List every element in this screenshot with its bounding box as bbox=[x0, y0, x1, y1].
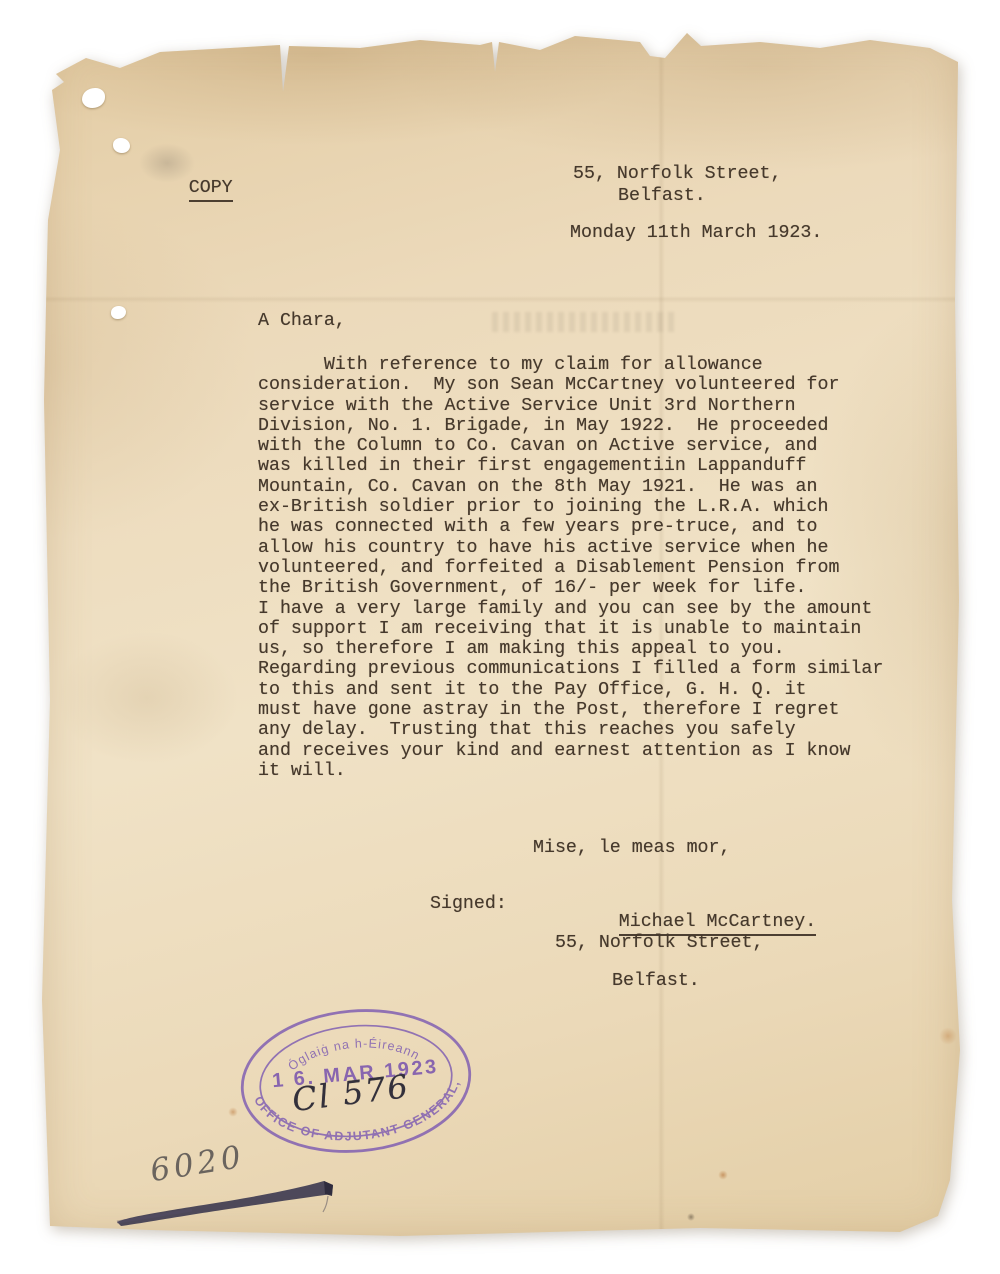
sender-address-line1: 55, Norfolk Street, bbox=[573, 164, 781, 184]
signed-label: Signed: bbox=[430, 894, 507, 914]
closing: Mise, le meas mor, bbox=[533, 838, 730, 858]
letter-page: COPY 55, Norfolk Street, Belfast. Monday… bbox=[42, 30, 962, 1240]
scanned-letter: COPY 55, Norfolk Street, Belfast. Monday… bbox=[0, 0, 1000, 1274]
signature-address-line1: 55, Norfolk Street, bbox=[555, 933, 763, 953]
copy-label-text: COPY bbox=[189, 178, 233, 202]
punch-hole bbox=[113, 138, 130, 153]
signature-address-line2: Belfast. bbox=[612, 971, 700, 991]
letter-body: With reference to my claim for allowance… bbox=[258, 355, 958, 781]
punch-hole bbox=[82, 88, 105, 108]
paper-shadow: COPY 55, Norfolk Street, Belfast. Monday… bbox=[42, 30, 962, 1240]
salutation: A Chara, bbox=[258, 311, 346, 331]
ink-stroke bbox=[112, 1176, 352, 1240]
copy-label: COPY bbox=[101, 158, 233, 219]
letter-date: Monday 11th March 1923. bbox=[570, 223, 822, 243]
punch-hole bbox=[111, 306, 126, 319]
ghost-text-offset bbox=[492, 312, 677, 332]
sender-address-line2: Belfast. bbox=[618, 186, 706, 206]
